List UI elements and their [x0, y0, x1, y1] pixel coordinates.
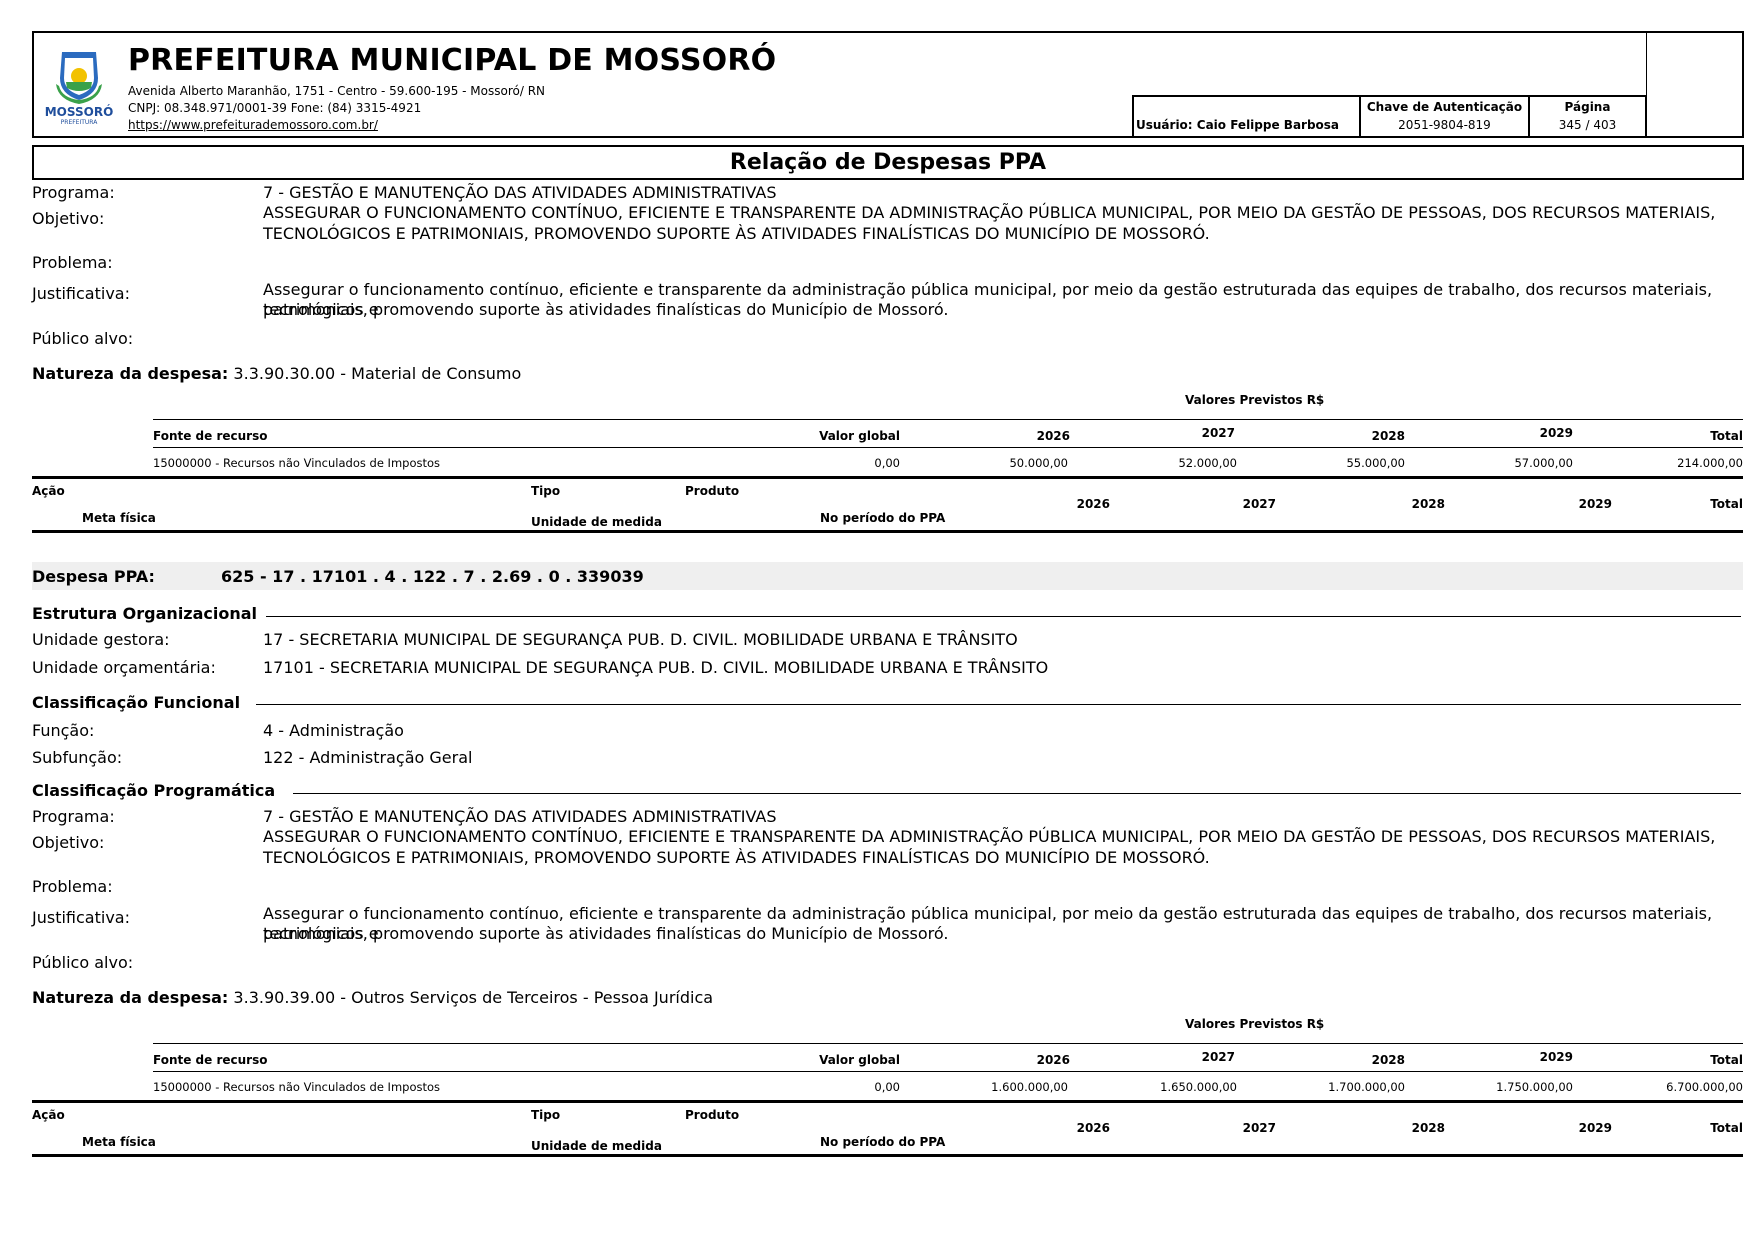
auth-key-label: Chave de Autenticação	[1361, 100, 1528, 114]
tipo-header-2: Tipo	[531, 1108, 560, 1122]
auth-key-value: 2051-9804-819	[1361, 118, 1528, 132]
natureza-value-2: 3.3.90.39.00 - Outros Serviços de Tercei…	[233, 988, 713, 1007]
user-cell: Usuário: Caio Felippe Barbosa	[1134, 97, 1361, 136]
meta-year-2027-b: 2027	[1206, 1121, 1276, 1135]
natureza-label: Natureza da despesa:	[32, 364, 228, 383]
value-2029-cell: 57.000,00	[1473, 456, 1573, 470]
justificativa-value-2-line2: patrimoniais, promovendo suporte às ativ…	[263, 924, 1723, 944]
value-2026-cell: 50.000,00	[968, 456, 1068, 470]
valor-global-cell-2: 0,00	[800, 1080, 900, 1094]
user-label: Usuário: Caio Felippe Barbosa	[1136, 118, 1339, 132]
unidade-orcamentaria-label: Unidade orçamentária:	[32, 658, 216, 677]
problema-label: Problema:	[32, 253, 113, 272]
acao-header-2: Ação	[32, 1108, 65, 1122]
meta-year-2026: 2026	[1040, 497, 1110, 511]
meta-total-header-2: Total	[1643, 1121, 1743, 1135]
objetivo-value-2-line1: ASSEGURAR O FUNCIONAMENTO CONTÍNUO, EFIC…	[263, 827, 1723, 847]
despesa-ppa-code: 625 - 17 . 17101 . 4 . 122 . 7 . 2.69 . …	[221, 567, 644, 586]
subfuncao-value: 122 - Administração Geral	[263, 748, 1723, 768]
meta-year-2027: 2027	[1206, 497, 1276, 511]
valores-previstos-header-2: Valores Previstos R$	[1185, 1017, 1324, 1031]
city-crest-icon: MOSSORÓ PREFEITURA	[44, 48, 114, 128]
year-header-2027-b: 2027	[1165, 1050, 1235, 1064]
meta-fisica-header-2: Meta física	[82, 1135, 156, 1149]
svg-text:PREFEITURA: PREFEITURA	[61, 119, 99, 126]
total-header-2: Total	[1643, 1053, 1743, 1067]
objetivo-value-line1: ASSEGURAR O FUNCIONAMENTO CONTÍNUO, EFIC…	[263, 203, 1723, 223]
value-2026-cell-2: 1.600.000,00	[948, 1080, 1068, 1094]
natureza-value: 3.3.90.30.00 - Material de Consumo	[233, 364, 521, 383]
year-header-2026-b: 2026	[1000, 1053, 1070, 1067]
unidade-orcamentaria-value: 17101 - SECRETARIA MUNICIPAL DE SEGURANÇ…	[263, 658, 1723, 678]
value-2028-cell: 55.000,00	[1305, 456, 1405, 470]
mossoro-logo: MOSSORÓ PREFEITURA	[44, 48, 114, 128]
value-2027-cell-2: 1.650.000,00	[1117, 1080, 1237, 1094]
meta-year-2028-b: 2028	[1375, 1121, 1445, 1135]
natureza-despesa-2: Natureza da despesa: 3.3.90.39.00 - Outr…	[32, 988, 713, 1007]
programa-value-2: 7 - GESTÃO E MANUTENÇÃO DAS ATIVIDADES A…	[263, 807, 1723, 827]
table-rule-thick	[32, 476, 1743, 479]
unidade-gestora-label: Unidade gestora:	[32, 630, 170, 649]
report-title: Relação de Despesas PPA	[32, 145, 1744, 180]
table-rule-thick	[32, 1154, 1743, 1157]
organization-cnpj-phone: CNPJ: 08.348.971/0001-39 Fone: (84) 3315…	[128, 101, 421, 115]
justificativa-label-2: Justificativa:	[32, 908, 130, 927]
year-header-2028-b: 2028	[1335, 1053, 1405, 1067]
year-header-2028: 2028	[1335, 429, 1405, 443]
funcao-label: Função:	[32, 721, 94, 740]
publico-alvo-label: Público alvo:	[32, 329, 133, 348]
page-label: Página	[1530, 100, 1645, 114]
tipo-header: Tipo	[531, 484, 560, 498]
year-header-2029-b: 2029	[1503, 1050, 1573, 1064]
programa-label-2: Programa:	[32, 807, 115, 826]
auth-key-cell: Chave de Autenticação 2051-9804-819	[1361, 97, 1530, 136]
total-header: Total	[1643, 429, 1743, 443]
table-rule	[153, 419, 1743, 420]
meta-total-header: Total	[1643, 497, 1743, 511]
acao-header: Ação	[32, 484, 65, 498]
page-number: 345 / 403	[1530, 118, 1645, 132]
value-2028-cell-2: 1.700.000,00	[1285, 1080, 1405, 1094]
justificativa-value-line2: patrimoniais, promovendo suporte às ativ…	[263, 300, 1723, 320]
fonte-cell-2: 15000000 - Recursos não Vinculados de Im…	[153, 1080, 440, 1094]
value-2027-cell: 52.000,00	[1137, 456, 1237, 470]
table-rule	[153, 1043, 1743, 1044]
fonte-recurso-header: Fonte de recurso	[153, 429, 267, 443]
section-rule	[256, 704, 1741, 705]
funcao-value: 4 - Administração	[263, 721, 1723, 741]
fonte-cell: 15000000 - Recursos não Vinculados de Im…	[153, 456, 440, 470]
year-header-2026: 2026	[1000, 429, 1070, 443]
no-periodo-header-2: No período do PPA	[820, 1135, 945, 1149]
valor-global-cell: 0,00	[800, 456, 900, 470]
publico-alvo-label-2: Público alvo:	[32, 953, 133, 972]
year-header-2029: 2029	[1503, 426, 1573, 440]
natureza-despesa: Natureza da despesa: 3.3.90.30.00 - Mate…	[32, 364, 521, 383]
svg-text:MOSSORÓ: MOSSORÓ	[45, 104, 114, 119]
objetivo-label: Objetivo:	[32, 209, 104, 228]
classificacao-programatica-heading: Classificação Programática	[32, 781, 275, 800]
problema-label-2: Problema:	[32, 877, 113, 896]
despesa-ppa-label: Despesa PPA:	[32, 567, 155, 586]
organization-name: PREFEITURA MUNICIPAL DE MOSSORÓ	[128, 43, 776, 78]
meta-year-2029-b: 2029	[1542, 1121, 1612, 1135]
year-header-2027: 2027	[1165, 426, 1235, 440]
table-rule-thick	[32, 530, 1743, 533]
section-rule	[266, 616, 1741, 617]
organization-address: Avenida Alberto Maranhão, 1751 - Centro …	[128, 84, 545, 98]
total-cell-2: 6.700.000,00	[1623, 1080, 1743, 1094]
valores-previstos-header: Valores Previstos R$	[1185, 393, 1324, 407]
estrutura-organizacional-heading: Estrutura Organizacional	[32, 604, 257, 623]
section-rule	[293, 793, 1741, 794]
classificacao-funcional-heading: Classificação Funcional	[32, 693, 240, 712]
header-info-row: Usuário: Caio Felippe Barbosa Chave de A…	[1132, 95, 1647, 136]
meta-year-2026-b: 2026	[1040, 1121, 1110, 1135]
value-2029-cell-2: 1.750.000,00	[1453, 1080, 1573, 1094]
valor-global-header: Valor global	[800, 429, 900, 443]
natureza-label-2: Natureza da despesa:	[32, 988, 228, 1007]
produto-header-2: Produto	[685, 1108, 739, 1122]
table-rule-thick	[32, 1100, 1743, 1103]
unidade-medida-header-2: Unidade de medida	[531, 1139, 662, 1153]
fonte-recurso-header-2: Fonte de recurso	[153, 1053, 267, 1067]
meta-year-2029: 2029	[1542, 497, 1612, 511]
meta-fisica-header: Meta física	[82, 511, 156, 525]
table-rule	[153, 447, 1743, 448]
produto-header: Produto	[685, 484, 739, 498]
no-periodo-header: No período do PPA	[820, 511, 945, 525]
justificativa-label: Justificativa:	[32, 284, 130, 303]
valor-global-header-2: Valor global	[800, 1053, 900, 1067]
programa-value: 7 - GESTÃO E MANUTENÇÃO DAS ATIVIDADES A…	[263, 183, 1723, 203]
programa-label: Programa:	[32, 183, 115, 202]
unidade-gestora-value: 17 - SECRETARIA MUNICIPAL DE SEGURANÇA P…	[263, 630, 1723, 650]
total-cell: 214.000,00	[1623, 456, 1743, 470]
table-rule	[153, 1071, 1743, 1072]
page-cell: Página 345 / 403	[1530, 97, 1647, 136]
objetivo-value-2-line2: TECNOLÓGICOS E PATRIMONIAIS, PROMOVENDO …	[263, 848, 1723, 868]
objetivo-value-line2: TECNOLÓGICOS E PATRIMONIAIS, PROMOVENDO …	[263, 224, 1723, 244]
unidade-medida-header: Unidade de medida	[531, 515, 662, 529]
meta-year-2028: 2028	[1375, 497, 1445, 511]
subfuncao-label: Subfunção:	[32, 748, 122, 767]
organization-website-link[interactable]: https://www.prefeiturademossoro.com.br/	[128, 118, 378, 132]
objetivo-label-2: Objetivo:	[32, 833, 104, 852]
report-header: MOSSORÓ PREFEITURA PREFEITURA MUNICIPAL …	[32, 31, 1744, 138]
